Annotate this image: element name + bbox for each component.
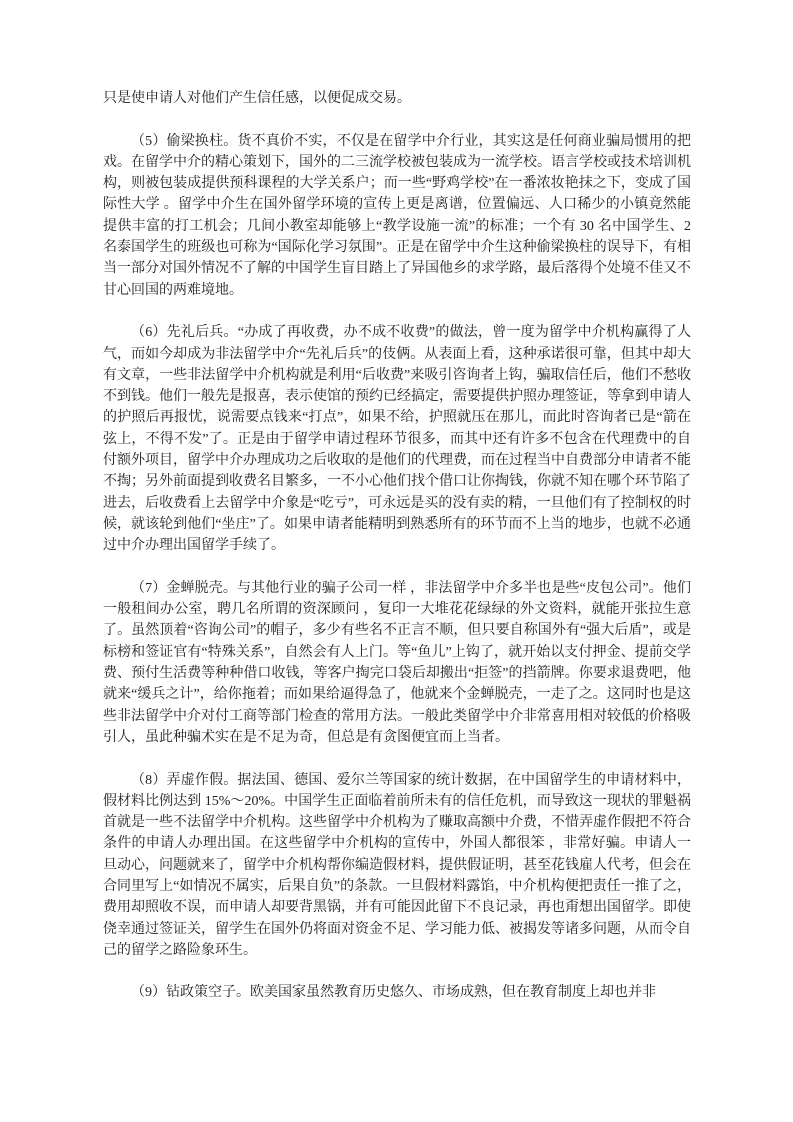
paragraph-item-5: （5）偷梁换柱。货不真价不实，不仅是在留学中介行业，其实这是任何商业骗局惯用的把… xyxy=(103,131,691,301)
document-page: 只是使申请人对他们产生信任感，以便促成交易。 （5）偷梁换柱。货不真价不实，不仅… xyxy=(0,0,793,1122)
document-body: 只是使申请人对他们产生信任感，以便促成交易。 （5）偷梁换柱。货不真价不实，不仅… xyxy=(103,88,691,1004)
paragraph-item-9: （9）钻政策空子。欧美国家虽然教育历史悠久、市场成熟，但在教育制度上却也并非 xyxy=(103,982,691,1003)
paragraph-continuation: 只是使申请人对他们产生信任感，以便促成交易。 xyxy=(103,88,691,109)
paragraph-item-6: （6）先礼后兵。“办成了再收费，办不成不收费”的做法，曾一度为留学中介机构赢得了… xyxy=(103,322,691,556)
paragraph-item-7: （7）金蝉脱壳。与其他行业的骗子公司一样 ，非法留学中介多半也是些“皮包公司”。… xyxy=(103,578,691,748)
paragraph-item-8: （8）弄虚作假。据法国、德国、爱尔兰等国家的统计数据，在中国留学生的申请材料中，… xyxy=(103,770,691,962)
